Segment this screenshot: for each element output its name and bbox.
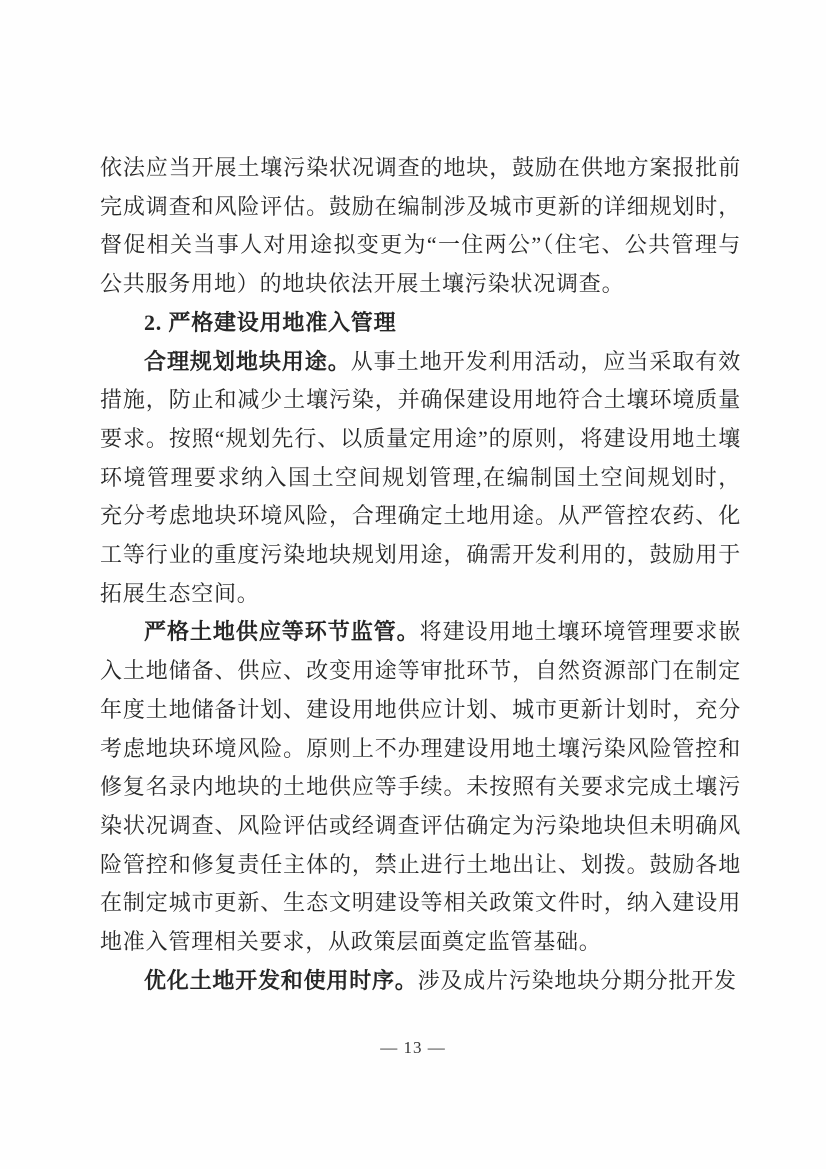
paragraph-text: 从事土地开发利用活动，应当采取有效措施，防止和减少土壤污染，并确保建设用地符合土… [100,349,741,606]
section-heading: 2. 严格建设用地准入管理 [100,304,741,343]
paragraph-plan-land-use: 合理规划地块用途。从事土地开发利用活动，应当采取有效措施，防止和减少土壤污染，并… [100,343,741,614]
page-footer: — 13 — [0,1038,826,1058]
document-page: 依法应当开展土壤污染状况调查的地块，鼓励在供地方案报批前完成调查和风险评估。鼓励… [0,0,826,1169]
paragraph-text: 涉及成片污染地块分期分批开发 [418,968,737,993]
paragraph-development-sequence: 优化土地开发和使用时序。涉及成片污染地块分期分批开发 [100,962,741,1001]
paragraph-text: 依法应当开展土壤污染状况调查的地块，鼓励在供地方案报批前完成调查和风险评估。鼓励… [100,155,741,296]
paragraph-land-supply-supervision: 严格土地供应等环节监管。将建设用地土壤环境管理要求嵌入土地储备、供应、改变用途等… [100,613,741,961]
document-body: 依法应当开展土壤污染状况调查的地块，鼓励在供地方案报批前完成调查和风险评估。鼓励… [100,0,741,1000]
paragraph-text: 将建设用地土壤环境管理要求嵌入土地储备、供应、改变用途等审批环节，自然资源部门在… [100,619,741,954]
paragraph-lead: 优化土地开发和使用时序。 [144,968,418,993]
paragraph-lead: 严格土地供应等环节监管。 [144,619,420,644]
paragraph-continuation: 依法应当开展土壤污染状况调查的地块，鼓励在供地方案报批前完成调查和风险评估。鼓励… [100,149,741,304]
page-number: — 13 — [380,1038,446,1057]
paragraph-lead: 合理规划地块用途。 [144,349,351,374]
section-heading-text: 2. 严格建设用地准入管理 [144,310,396,335]
